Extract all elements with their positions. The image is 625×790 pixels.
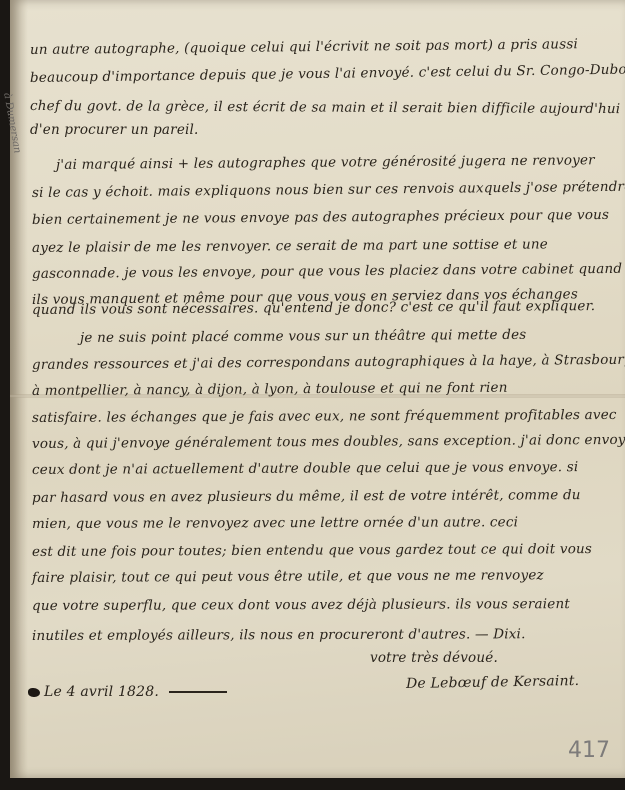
date-text: Le 4 avril 1828.	[44, 684, 159, 700]
letter-line: mien, que vous me le renvoyez avec une l…	[32, 514, 518, 532]
letter-line: bien certainement je ne vous envoye pas …	[32, 207, 609, 228]
letter-line: quand ils vous sont nécessaires. qu'ente…	[32, 298, 595, 318]
letter-line: inutiles et employés ailleurs, ils nous …	[32, 626, 526, 644]
letter-page: à Dumersan un autre autographe, (quoique…	[10, 0, 625, 778]
ink-blot	[28, 688, 40, 697]
letter-line: si le cas y échoit. mais expliquons nous…	[32, 179, 625, 201]
letter-line: satisfaire. les échanges que je fais ave…	[32, 407, 617, 426]
letter-line: ayez le plaisir de me les renvoyer. ce s…	[32, 236, 548, 256]
letter-line: j'ai marqué ainsi + les autographes que …	[56, 152, 595, 173]
letter-line: faire plaisir, tout ce qui peut vous êtr…	[32, 567, 544, 586]
date-line: Le 4 avril 1828.	[28, 684, 227, 700]
archive-number: 417	[568, 738, 610, 763]
margin-note: à Dumersan	[1, 92, 22, 154]
letter-line: ceux dont je n'ai actuellement d'autre d…	[32, 459, 578, 478]
letter-line: gasconnade. je vous les envoye, pour que…	[32, 261, 622, 282]
letter-line: chef du govt. de la grèce, il est écrit …	[30, 98, 620, 117]
letter-line: à montpellier, à nancy, à dijon, à lyon,…	[32, 380, 508, 399]
letter-line: je ne suis point placé comme vous sur un…	[80, 327, 526, 346]
signature: De Lebœuf de Kersaint.	[406, 673, 580, 692]
letter-line: est dit une fois pour toutes; bien enten…	[32, 541, 592, 560]
letter-line: vous, à qui j'envoye généralement tous m…	[32, 432, 625, 452]
letter-line: d'en procurer un pareil.	[30, 122, 199, 138]
letter-line: un autre autographe, (quoique celui qui …	[30, 36, 578, 58]
date-dash	[169, 691, 227, 693]
closing-line: votre très dévoué.	[370, 650, 498, 666]
letter-line: grandes ressources et j'ai des correspon…	[32, 352, 625, 373]
letter-line: par hasard vous en avez plusieurs du mêm…	[32, 487, 581, 506]
letter-line: que votre superflu, que ceux dont vous a…	[32, 596, 570, 614]
letter-line: beaucoup d'importance depuis que je vous…	[30, 62, 625, 86]
